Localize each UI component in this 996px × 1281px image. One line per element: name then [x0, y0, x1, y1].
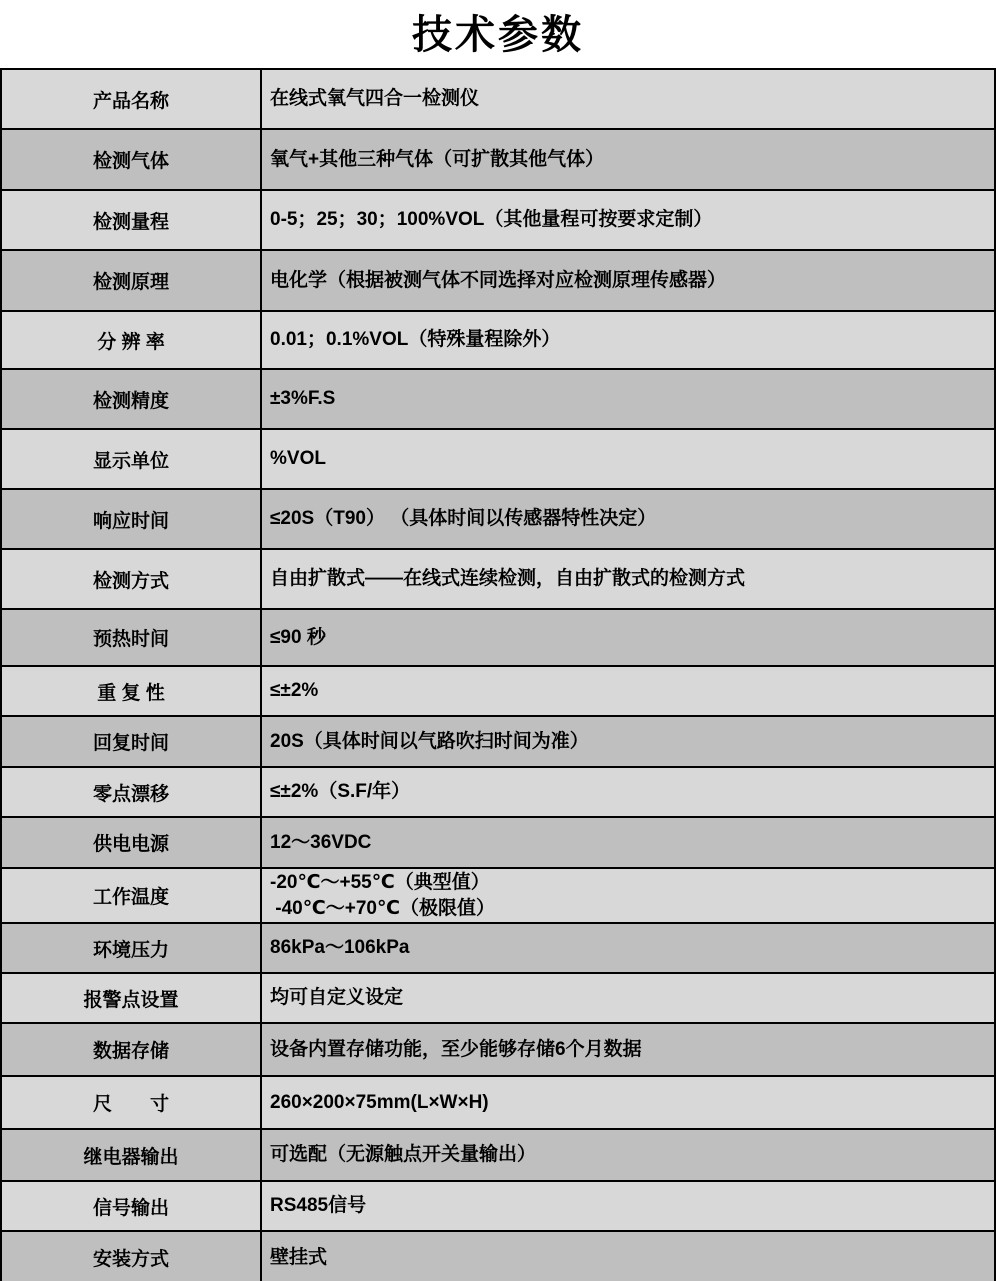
- row-label: 检测方式: [2, 550, 262, 608]
- row-value: 均可自定义设定: [262, 974, 994, 1022]
- row-value: 20S（具体时间以气路吹扫时间为准）: [262, 717, 994, 766]
- row-value: RS485信号: [262, 1182, 994, 1230]
- row-value: %VOL: [262, 430, 994, 488]
- table-row: 安装方式壁挂式: [2, 1232, 994, 1281]
- row-value-line: 可选配（无源触点开关量输出）: [270, 1142, 984, 1168]
- row-value: 260×200×75mm(L×W×H): [262, 1077, 994, 1128]
- table-row: 预热时间≤90 秒: [2, 610, 994, 667]
- table-row: 数据存储设备内置存储功能，至少能够存储6个月数据: [2, 1024, 994, 1077]
- table-row: 零点漂移≤±2%（S.F/年）: [2, 768, 994, 818]
- row-value: 可选配（无源触点开关量输出）: [262, 1130, 994, 1180]
- row-label: 环境压力: [2, 924, 262, 972]
- row-value: 在线式氧气四合一检测仪: [262, 70, 994, 128]
- row-label: 零点漂移: [2, 768, 262, 816]
- row-label: 尺 寸: [2, 1077, 262, 1128]
- table-row: 检测原理电化学（根据被测气体不同选择对应检测原理传感器）: [2, 251, 994, 312]
- row-value: 设备内置存储功能，至少能够存储6个月数据: [262, 1024, 994, 1075]
- row-value: 自由扩散式——在线式连续检测，自由扩散式的检测方式: [262, 550, 994, 608]
- row-value-line: 壁挂式: [270, 1245, 984, 1271]
- table-row: 检测量程0-5；25；30；100%VOL（其他量程可按要求定制）: [2, 191, 994, 251]
- row-label: 重 复 性: [2, 667, 262, 715]
- table-row: 显示单位%VOL: [2, 430, 994, 490]
- table-row: 继电器输出可选配（无源触点开关量输出）: [2, 1130, 994, 1182]
- row-value-line: 12～36VDC: [270, 830, 984, 856]
- row-label: 供电电源: [2, 818, 262, 867]
- row-value-line: 260×200×75mm(L×W×H): [270, 1090, 984, 1116]
- row-value: ±3%F.S: [262, 370, 994, 428]
- row-label: 报警点设置: [2, 974, 262, 1022]
- row-value-line: 在线式氧气四合一检测仪: [270, 86, 984, 112]
- row-value: ≤±2%: [262, 667, 994, 715]
- spec-table: 产品名称在线式氧气四合一检测仪检测气体氧气+其他三种气体（可扩散其他气体）检测量…: [0, 68, 996, 1281]
- table-row: 检测方式自由扩散式——在线式连续检测，自由扩散式的检测方式: [2, 550, 994, 610]
- table-row: 工作温度-20℃～+55℃（典型值） -40℃～+70℃（极限值）: [2, 869, 994, 924]
- table-row: 供电电源12～36VDC: [2, 818, 994, 869]
- row-label: 检测气体: [2, 130, 262, 189]
- table-row: 报警点设置均可自定义设定: [2, 974, 994, 1024]
- table-row: 重 复 性≤±2%: [2, 667, 994, 717]
- row-value-line: ≤90 秒: [270, 625, 984, 651]
- row-value-line: ≤20S（T90） （具体时间以传感器特性决定）: [270, 506, 984, 532]
- row-label: 预热时间: [2, 610, 262, 665]
- table-row: 检测气体氧气+其他三种气体（可扩散其他气体）: [2, 130, 994, 191]
- table-row: 产品名称在线式氧气四合一检测仪: [2, 70, 994, 130]
- row-value: -20℃～+55℃（典型值） -40℃～+70℃（极限值）: [262, 869, 994, 922]
- row-value: ≤20S（T90） （具体时间以传感器特性决定）: [262, 490, 994, 548]
- row-value-line: 自由扩散式——在线式连续检测，自由扩散式的检测方式: [270, 566, 984, 592]
- table-row: 分 辨 率0.01；0.1%VOL（特殊量程除外）: [2, 312, 994, 370]
- row-label: 安装方式: [2, 1232, 262, 1281]
- row-label: 检测原理: [2, 251, 262, 310]
- row-value: ≤±2%（S.F/年）: [262, 768, 994, 816]
- row-value-line: 设备内置存储功能，至少能够存储6个月数据: [270, 1037, 984, 1063]
- row-value-line: RS485信号: [270, 1193, 984, 1219]
- table-row: 信号输出RS485信号: [2, 1182, 994, 1232]
- row-label: 响应时间: [2, 490, 262, 548]
- row-value: 壁挂式: [262, 1232, 994, 1281]
- spec-sheet: 技术参数 产品名称在线式氧气四合一检测仪检测气体氧气+其他三种气体（可扩散其他气…: [0, 0, 996, 1281]
- row-label: 分 辨 率: [2, 312, 262, 368]
- row-label: 显示单位: [2, 430, 262, 488]
- row-value-line: -20℃～+55℃（典型值）: [270, 870, 984, 896]
- row-value-line: ≤±2%（S.F/年）: [270, 779, 984, 805]
- row-value: 12～36VDC: [262, 818, 994, 867]
- row-value-line: -40℃～+70℃（极限值）: [270, 896, 984, 922]
- row-label: 数据存储: [2, 1024, 262, 1075]
- row-value-line: 均可自定义设定: [270, 985, 984, 1011]
- row-label: 信号输出: [2, 1182, 262, 1230]
- row-value-line: 氧气+其他三种气体（可扩散其他气体）: [270, 147, 984, 173]
- row-value: 0.01；0.1%VOL（特殊量程除外）: [262, 312, 994, 368]
- row-label: 回复时间: [2, 717, 262, 766]
- row-label: 检测精度: [2, 370, 262, 428]
- table-row: 尺 寸260×200×75mm(L×W×H): [2, 1077, 994, 1130]
- table-row: 检测精度±3%F.S: [2, 370, 994, 430]
- row-value-line: 86kPa～106kPa: [270, 935, 984, 961]
- row-value-line: 0-5；25；30；100%VOL（其他量程可按要求定制）: [270, 207, 984, 233]
- row-label: 产品名称: [2, 70, 262, 128]
- row-label: 工作温度: [2, 869, 262, 922]
- table-row: 回复时间20S（具体时间以气路吹扫时间为准）: [2, 717, 994, 768]
- row-value: 86kPa～106kPa: [262, 924, 994, 972]
- row-value: 0-5；25；30；100%VOL（其他量程可按要求定制）: [262, 191, 994, 249]
- table-row: 环境压力86kPa～106kPa: [2, 924, 994, 974]
- page-title: 技术参数: [0, 0, 996, 68]
- row-label: 检测量程: [2, 191, 262, 249]
- row-value: 电化学（根据被测气体不同选择对应检测原理传感器）: [262, 251, 994, 310]
- row-label: 继电器输出: [2, 1130, 262, 1180]
- row-value-line: %VOL: [270, 446, 984, 472]
- row-value-line: ≤±2%: [270, 678, 984, 704]
- row-value: ≤90 秒: [262, 610, 994, 665]
- row-value: 氧气+其他三种气体（可扩散其他气体）: [262, 130, 994, 189]
- table-row: 响应时间≤20S（T90） （具体时间以传感器特性决定）: [2, 490, 994, 550]
- row-value-line: ±3%F.S: [270, 386, 984, 412]
- row-value-line: 20S（具体时间以气路吹扫时间为准）: [270, 729, 984, 755]
- row-value-line: 0.01；0.1%VOL（特殊量程除外）: [270, 327, 984, 353]
- row-value-line: 电化学（根据被测气体不同选择对应检测原理传感器）: [270, 268, 984, 294]
